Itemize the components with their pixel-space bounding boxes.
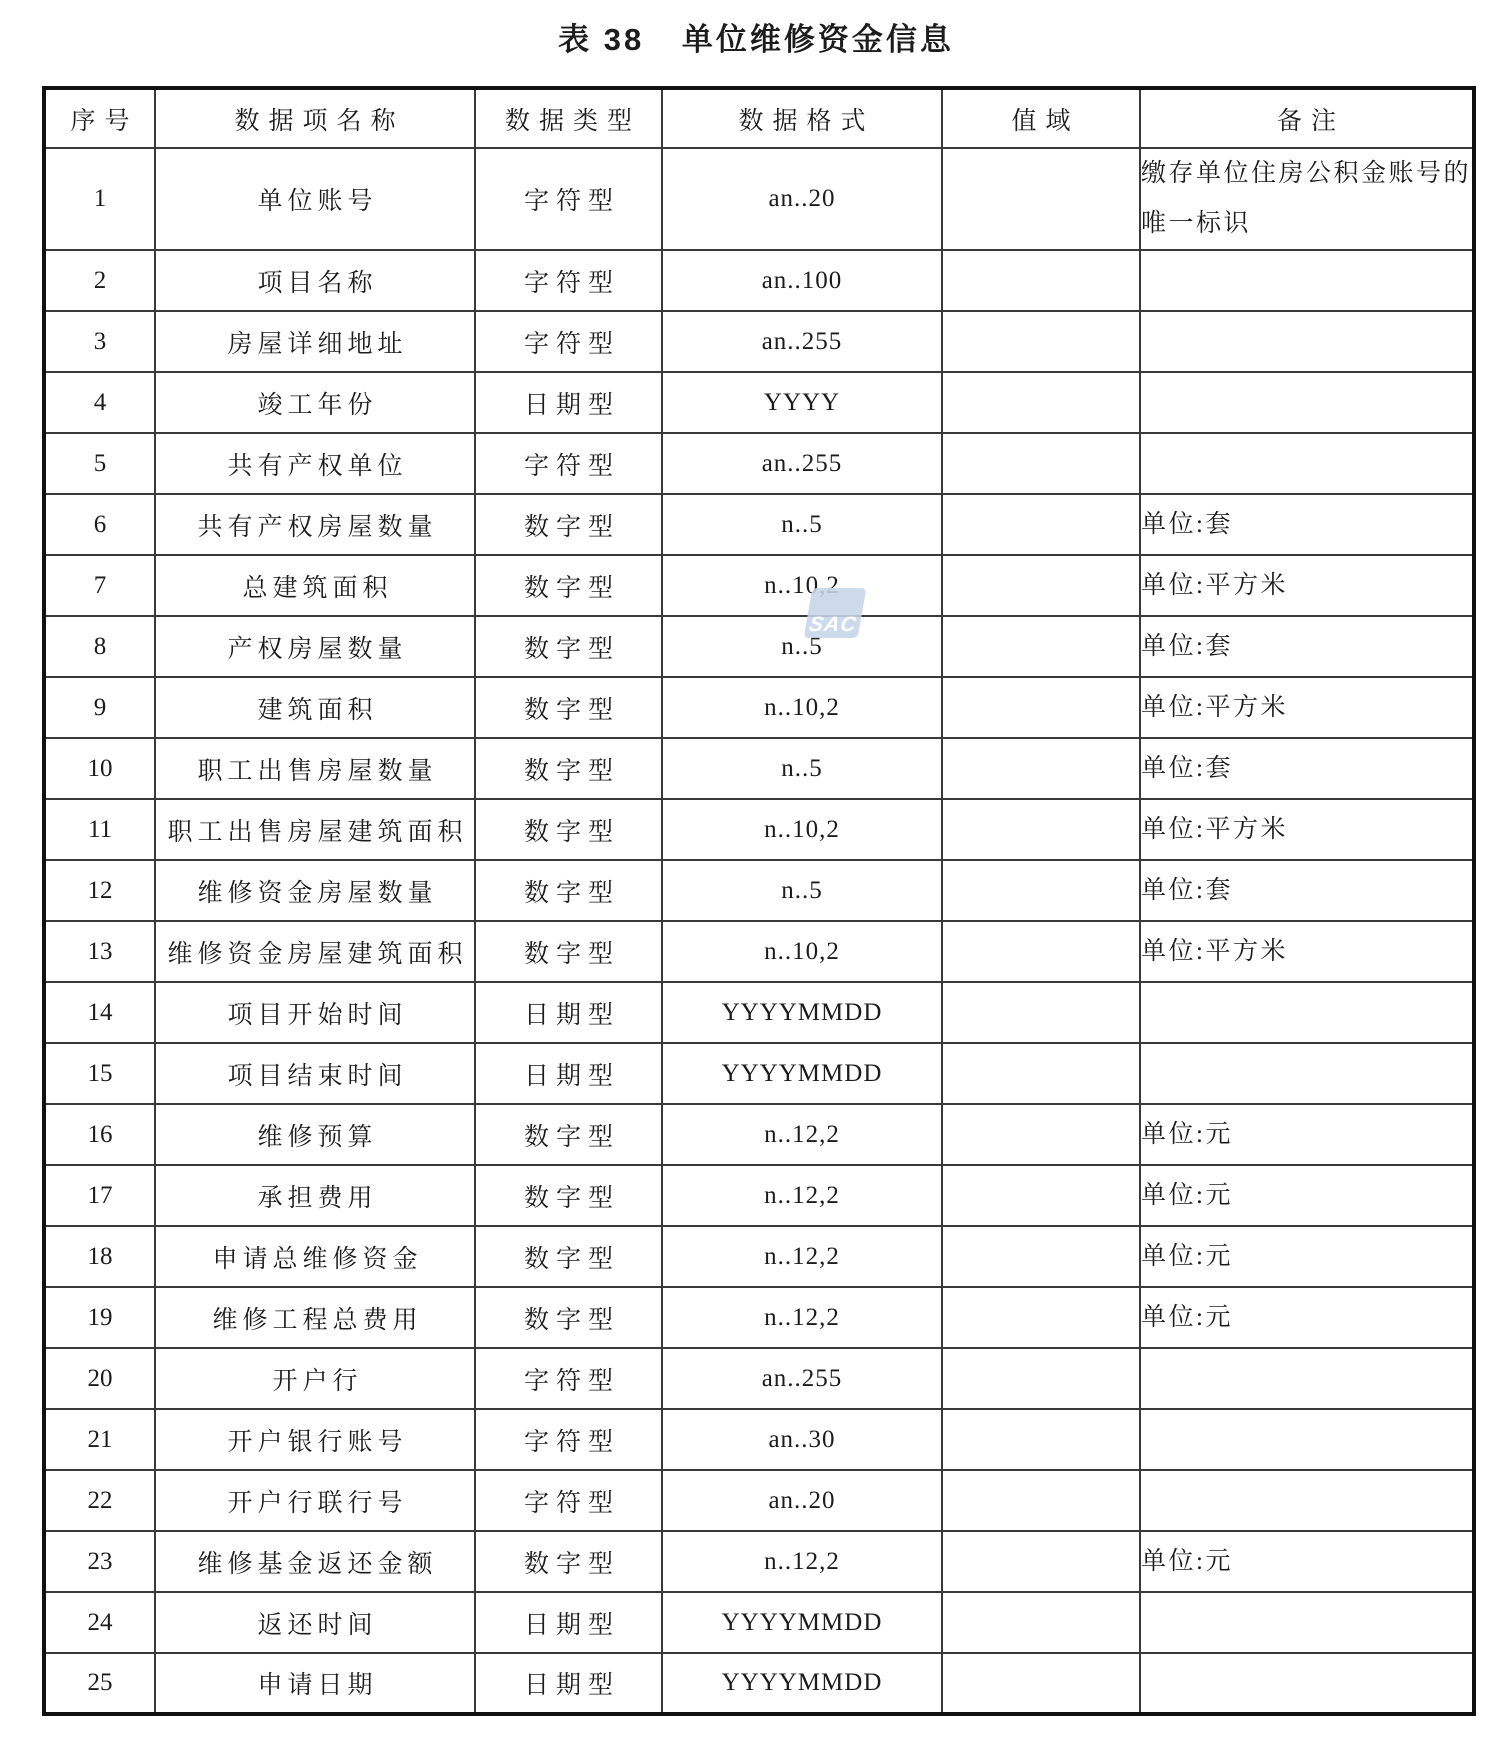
cell-type: 字符型 xyxy=(475,1348,662,1409)
cell-type: 数字型 xyxy=(475,1287,662,1348)
cell-range xyxy=(942,372,1140,433)
cell-remark: 单位:元 xyxy=(1140,1531,1474,1592)
header-data-type: 数据类型 xyxy=(475,88,662,148)
cell-no: 23 xyxy=(44,1531,155,1592)
table-row: 23 维修基金返还金额 数字型 n..12,2 单位:元 xyxy=(44,1531,1474,1592)
table-body: 1 单位账号 字符型 an..20 缴存单位住房公积金账号的唯一标识 2 项目名… xyxy=(44,148,1474,1714)
cell-format: an..100 xyxy=(662,250,942,311)
cell-no: 8 xyxy=(44,616,155,677)
cell-remark xyxy=(1140,1653,1474,1714)
cell-range xyxy=(942,1409,1140,1470)
table-row: 18 申请总维修资金 数字型 n..12,2 单位:元 xyxy=(44,1226,1474,1287)
cell-name: 房屋详细地址 xyxy=(155,311,475,372)
cell-type: 数字型 xyxy=(475,1226,662,1287)
cell-format: YYYYMMDD xyxy=(662,1592,942,1653)
cell-range xyxy=(942,1226,1140,1287)
cell-range xyxy=(942,1043,1140,1104)
cell-range xyxy=(942,1470,1140,1531)
cell-remark: 单位:元 xyxy=(1140,1104,1474,1165)
table-row: 13 维修资金房屋建筑面积 数字型 n..10,2 单位:平方米 xyxy=(44,921,1474,982)
cell-format: n..5 xyxy=(662,738,942,799)
cell-name: 总建筑面积 xyxy=(155,555,475,616)
cell-remark: 单位:平方米 xyxy=(1140,677,1474,738)
cell-remark: 缴存单位住房公积金账号的唯一标识 xyxy=(1140,148,1474,250)
cell-type: 日期型 xyxy=(475,982,662,1043)
cell-format: n..10,2 xyxy=(662,799,942,860)
cell-no: 13 xyxy=(44,921,155,982)
cell-format: an..255 xyxy=(662,1348,942,1409)
cell-name: 维修资金房屋建筑面积 xyxy=(155,921,475,982)
table-title-text: 单位维修资金信息 xyxy=(682,22,954,57)
cell-remark: 单位:平方米 xyxy=(1140,799,1474,860)
table-row: 6 共有产权房屋数量 数字型 n..5 单位:套 xyxy=(44,494,1474,555)
cell-name: 维修资金房屋数量 xyxy=(155,860,475,921)
cell-no: 20 xyxy=(44,1348,155,1409)
cell-range xyxy=(942,921,1140,982)
cell-type: 字符型 xyxy=(475,148,662,250)
cell-format: n..10,2 xyxy=(662,677,942,738)
cell-range xyxy=(942,555,1140,616)
cell-type: 日期型 xyxy=(475,1653,662,1714)
cell-range xyxy=(942,433,1140,494)
cell-range xyxy=(942,860,1140,921)
cell-range xyxy=(942,311,1140,372)
table-header: 序号 数据项名称 数据类型 数据格式 值域 备注 xyxy=(44,88,1474,148)
cell-format: YYYYMMDD xyxy=(662,1043,942,1104)
cell-format: YYYYMMDD xyxy=(662,982,942,1043)
table-row: 4 竣工年份 日期型 YYYY xyxy=(44,372,1474,433)
cell-remark xyxy=(1140,1043,1474,1104)
header-value-range: 值域 xyxy=(942,88,1140,148)
cell-type: 日期型 xyxy=(475,1043,662,1104)
cell-range xyxy=(942,1653,1140,1714)
cell-type: 数字型 xyxy=(475,1165,662,1226)
cell-name: 维修工程总费用 xyxy=(155,1287,475,1348)
header-remark: 备注 xyxy=(1140,88,1474,148)
cell-name: 产权房屋数量 xyxy=(155,616,475,677)
cell-remark xyxy=(1140,1470,1474,1531)
cell-no: 10 xyxy=(44,738,155,799)
cell-type: 日期型 xyxy=(475,1592,662,1653)
cell-name: 承担费用 xyxy=(155,1165,475,1226)
table-row: 1 单位账号 字符型 an..20 缴存单位住房公积金账号的唯一标识 xyxy=(44,148,1474,250)
cell-no: 12 xyxy=(44,860,155,921)
cell-format: an..255 xyxy=(662,433,942,494)
cell-format: an..30 xyxy=(662,1409,942,1470)
cell-remark xyxy=(1140,982,1474,1043)
header-no: 序号 xyxy=(44,88,155,148)
table-row: 15 项目结束时间 日期型 YYYYMMDD xyxy=(44,1043,1474,1104)
cell-remark xyxy=(1140,433,1474,494)
table-row: 16 维修预算 数字型 n..12,2 单位:元 xyxy=(44,1104,1474,1165)
cell-type: 字符型 xyxy=(475,1409,662,1470)
cell-name: 维修预算 xyxy=(155,1104,475,1165)
cell-name: 开户银行账号 xyxy=(155,1409,475,1470)
cell-range xyxy=(942,494,1140,555)
cell-type: 数字型 xyxy=(475,1531,662,1592)
cell-type: 数字型 xyxy=(475,677,662,738)
cell-name: 开户行联行号 xyxy=(155,1470,475,1531)
cell-remark: 单位:平方米 xyxy=(1140,921,1474,982)
table-row: 8 产权房屋数量 数字型 n..5 单位:套 xyxy=(44,616,1474,677)
cell-no: 17 xyxy=(44,1165,155,1226)
cell-format: n..12,2 xyxy=(662,1226,942,1287)
data-dictionary-table: 序号 数据项名称 数据类型 数据格式 值域 备注 1 单位账号 字符型 an..… xyxy=(42,86,1476,1716)
cell-no: 2 xyxy=(44,250,155,311)
cell-type: 字符型 xyxy=(475,433,662,494)
table-row: 10 职工出售房屋数量 数字型 n..5 单位:套 xyxy=(44,738,1474,799)
cell-range xyxy=(942,677,1140,738)
cell-name: 项目名称 xyxy=(155,250,475,311)
cell-format: an..20 xyxy=(662,148,942,250)
cell-remark xyxy=(1140,1592,1474,1653)
cell-range xyxy=(942,250,1140,311)
cell-name: 维修基金返还金额 xyxy=(155,1531,475,1592)
cell-format: n..10,2 xyxy=(662,921,942,982)
cell-no: 4 xyxy=(44,372,155,433)
cell-no: 14 xyxy=(44,982,155,1043)
cell-no: 24 xyxy=(44,1592,155,1653)
table-row: 22 开户行联行号 字符型 an..20 xyxy=(44,1470,1474,1531)
cell-type: 数字型 xyxy=(475,799,662,860)
cell-no: 22 xyxy=(44,1470,155,1531)
cell-remark: 单位:套 xyxy=(1140,738,1474,799)
cell-no: 21 xyxy=(44,1409,155,1470)
cell-remark: 单位:元 xyxy=(1140,1287,1474,1348)
table-row: 9 建筑面积 数字型 n..10,2 单位:平方米 xyxy=(44,677,1474,738)
cell-remark xyxy=(1140,1348,1474,1409)
table-row: 7 总建筑面积 数字型 n..10,2 单位:平方米 xyxy=(44,555,1474,616)
cell-no: 11 xyxy=(44,799,155,860)
cell-type: 日期型 xyxy=(475,372,662,433)
cell-no: 3 xyxy=(44,311,155,372)
cell-type: 字符型 xyxy=(475,1470,662,1531)
cell-name: 返还时间 xyxy=(155,1592,475,1653)
cell-type: 字符型 xyxy=(475,311,662,372)
cell-format: n..12,2 xyxy=(662,1165,942,1226)
cell-name: 开户行 xyxy=(155,1348,475,1409)
cell-range xyxy=(942,148,1140,250)
cell-format: an..255 xyxy=(662,311,942,372)
cell-remark xyxy=(1140,311,1474,372)
cell-name: 职工出售房屋数量 xyxy=(155,738,475,799)
table-row: 19 维修工程总费用 数字型 n..12,2 单位:元 xyxy=(44,1287,1474,1348)
cell-no: 18 xyxy=(44,1226,155,1287)
table-row: 5 共有产权单位 字符型 an..255 xyxy=(44,433,1474,494)
table-row: 11 职工出售房屋建筑面积 数字型 n..10,2 单位:平方米 xyxy=(44,799,1474,860)
cell-name: 职工出售房屋建筑面积 xyxy=(155,799,475,860)
cell-type: 数字型 xyxy=(475,494,662,555)
table-row: 2 项目名称 字符型 an..100 xyxy=(44,250,1474,311)
cell-range xyxy=(942,1531,1140,1592)
cell-name: 建筑面积 xyxy=(155,677,475,738)
cell-format: n..5 xyxy=(662,860,942,921)
cell-format: n..12,2 xyxy=(662,1104,942,1165)
cell-type: 数字型 xyxy=(475,921,662,982)
cell-format: n..12,2 xyxy=(662,1531,942,1592)
table-row: 14 项目开始时间 日期型 YYYYMMDD xyxy=(44,982,1474,1043)
cell-no: 9 xyxy=(44,677,155,738)
cell-format: an..20 xyxy=(662,1470,942,1531)
cell-remark: 单位:套 xyxy=(1140,494,1474,555)
cell-format: n..10,2 xyxy=(662,555,942,616)
cell-remark: 单位:套 xyxy=(1140,860,1474,921)
cell-format: n..12,2 xyxy=(662,1287,942,1348)
cell-name: 竣工年份 xyxy=(155,372,475,433)
cell-name: 共有产权房屋数量 xyxy=(155,494,475,555)
cell-remark: 单位:元 xyxy=(1140,1165,1474,1226)
cell-no: 16 xyxy=(44,1104,155,1165)
cell-type: 数字型 xyxy=(475,860,662,921)
cell-format: YYYY xyxy=(662,372,942,433)
cell-remark xyxy=(1140,250,1474,311)
page-title: 表 38 单位维修资金信息 xyxy=(0,14,1512,59)
table-row: 21 开户银行账号 字符型 an..30 xyxy=(44,1409,1474,1470)
cell-no: 7 xyxy=(44,555,155,616)
cell-range xyxy=(942,1104,1140,1165)
cell-range xyxy=(942,1165,1140,1226)
cell-range xyxy=(942,616,1140,677)
cell-no: 15 xyxy=(44,1043,155,1104)
cell-type: 数字型 xyxy=(475,738,662,799)
cell-range xyxy=(942,1592,1140,1653)
cell-no: 19 xyxy=(44,1287,155,1348)
cell-format: n..5 xyxy=(662,494,942,555)
cell-type: 数字型 xyxy=(475,1104,662,1165)
cell-remark: 单位:套 xyxy=(1140,616,1474,677)
cell-remark: 单位:平方米 xyxy=(1140,555,1474,616)
cell-remark xyxy=(1140,1409,1474,1470)
cell-type: 字符型 xyxy=(475,250,662,311)
cell-name: 申请总维修资金 xyxy=(155,1226,475,1287)
table-number-label: 表 38 xyxy=(558,22,644,57)
table-row: 20 开户行 字符型 an..255 xyxy=(44,1348,1474,1409)
cell-name: 项目开始时间 xyxy=(155,982,475,1043)
header-data-format: 数据格式 xyxy=(662,88,942,148)
header-item-name: 数据项名称 xyxy=(155,88,475,148)
cell-name: 单位账号 xyxy=(155,148,475,250)
cell-type: 数字型 xyxy=(475,555,662,616)
cell-no: 25 xyxy=(44,1653,155,1714)
cell-range xyxy=(942,738,1140,799)
cell-range xyxy=(942,799,1140,860)
cell-range xyxy=(942,982,1140,1043)
cell-name: 申请日期 xyxy=(155,1653,475,1714)
cell-range xyxy=(942,1348,1140,1409)
cell-remark: 单位:元 xyxy=(1140,1226,1474,1287)
table-row: 25 申请日期 日期型 YYYYMMDD xyxy=(44,1653,1474,1714)
cell-no: 6 xyxy=(44,494,155,555)
table-row: 24 返还时间 日期型 YYYYMMDD xyxy=(44,1592,1474,1653)
header-row: 序号 数据项名称 数据类型 数据格式 值域 备注 xyxy=(44,88,1474,148)
table-row: 12 维修资金房屋数量 数字型 n..5 单位:套 xyxy=(44,860,1474,921)
cell-no: 1 xyxy=(44,148,155,250)
cell-range xyxy=(942,1287,1140,1348)
cell-format: n..5 xyxy=(662,616,942,677)
cell-name: 项目结束时间 xyxy=(155,1043,475,1104)
cell-name: 共有产权单位 xyxy=(155,433,475,494)
table-row: 17 承担费用 数字型 n..12,2 单位:元 xyxy=(44,1165,1474,1226)
cell-type: 数字型 xyxy=(475,616,662,677)
cell-no: 5 xyxy=(44,433,155,494)
cell-remark xyxy=(1140,372,1474,433)
table-row: 3 房屋详细地址 字符型 an..255 xyxy=(44,311,1474,372)
cell-format: YYYYMMDD xyxy=(662,1653,942,1714)
